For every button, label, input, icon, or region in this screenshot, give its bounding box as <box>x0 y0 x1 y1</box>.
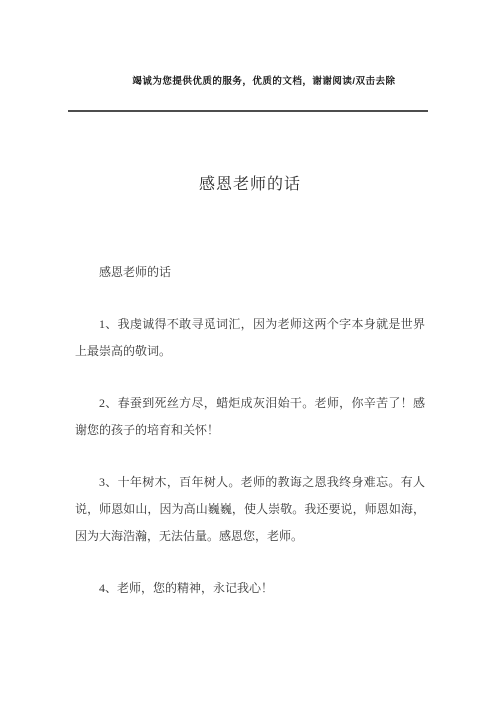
document-body: 感恩老师的话 1、我虔诚得不敢寻觅词汇，因为老师这两个字本身就是世界上最崇高的敬… <box>0 197 500 602</box>
paragraph-1: 1、我虔诚得不敢寻觅词汇，因为老师这两个字本身就是世界上最崇高的敬词。 <box>75 311 425 365</box>
body-subtitle: 感恩老师的话 <box>75 259 425 286</box>
header-divider <box>68 110 428 112</box>
document-header-notice: 竭诚为您提供优质的服务，优质的文档，谢谢阅读/双击去除 <box>0 75 500 89</box>
paragraph-4: 4、老师，您的精神，永记我心！ <box>75 575 425 602</box>
document-page: 竭诚为您提供优质的服务，优质的文档，谢谢阅读/双击去除 感恩老师的话 感恩老师的… <box>0 0 500 708</box>
document-title: 感恩老师的话 <box>0 173 500 197</box>
paragraph-2: 2、春蚕到死丝方尽，蜡炬成灰泪始干。老师，你辛苦了！感谢您的孩子的培育和关怀！ <box>75 390 425 444</box>
paragraph-3: 3、十年树木，百年树人。老师的教诲之恩我终身难忘。有人说，师恩如山，因为高山巍巍… <box>75 469 425 550</box>
